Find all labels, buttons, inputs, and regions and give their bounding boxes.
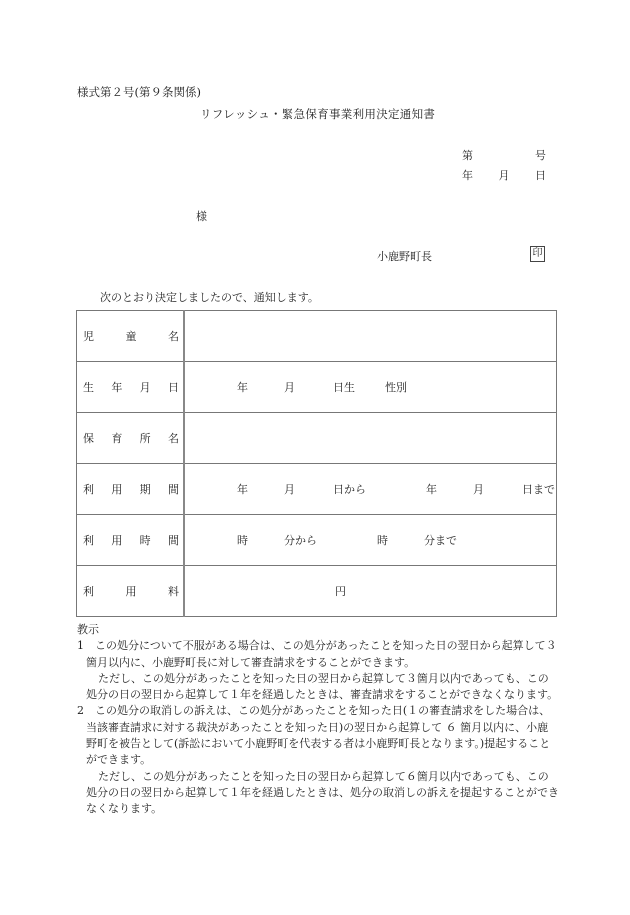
number-prefix: 第 <box>462 147 473 163</box>
table-row: 利用期間年月日から年月日まで <box>77 464 557 515</box>
row-value-field[interactable] <box>184 311 557 362</box>
row-label: 利用料 <box>77 566 185 617</box>
date-day: 日 <box>535 167 546 183</box>
form-number: 様式第２号(第９条関係) <box>77 84 201 100</box>
intro-text: 次のとおり決定しましたので、通知します。 <box>100 289 319 305</box>
addressee-suffix: 様 <box>196 208 207 224</box>
row-label: 児童名 <box>77 311 185 362</box>
document-title: リフレッシュ・緊急保育事業利用決定通知書 <box>200 106 435 122</box>
issuer-name: 小鹿野町長 <box>377 248 432 264</box>
date-month: 月 <box>499 167 510 183</box>
number-suffix: 号 <box>535 147 546 163</box>
decision-table: 児童名生年月日年月日生性別保育所名利用期間年月日から年月日まで利用時間時分から時… <box>76 310 557 617</box>
table-row: 利用料円 <box>77 566 557 617</box>
row-value-field[interactable]: 時分から時分まで <box>184 515 557 566</box>
instruction-proviso-2: ただし、この処分があったことを知った日の翌日から起算して６箇月以内であっても、こ… <box>77 769 559 818</box>
instruction-item-1: 1この処分について不服がある場合は、この処分があったことを知った日の翌日から起算… <box>77 638 559 671</box>
document-number: 第 号 <box>462 147 546 163</box>
row-value-field[interactable]: 円 <box>184 566 557 617</box>
table-row: 児童名 <box>77 311 557 362</box>
instructions-heading: 教示 <box>77 622 559 638</box>
row-label: 利用時間 <box>77 515 185 566</box>
row-value-field[interactable]: 年月日から年月日まで <box>184 464 557 515</box>
row-value-field[interactable]: 年月日生性別 <box>184 362 557 413</box>
table-row: 生年月日年月日生性別 <box>77 362 557 413</box>
instruction-item-2: 2この処分の取消しの訴えは、この処分があったことを知った日(１の審査請求をした場… <box>77 703 559 768</box>
row-value-field[interactable] <box>184 413 557 464</box>
instruction-proviso-1: ただし、この処分があったことを知った日の翌日から起算して３箇月以内であっても、こ… <box>77 671 559 704</box>
instructions-section: 教示 1この処分について不服がある場合は、この処分があったことを知った日の翌日か… <box>77 622 559 818</box>
issue-date: 年 月 日 <box>462 167 546 183</box>
row-label: 利用期間 <box>77 464 185 515</box>
seal-mark: 印 <box>530 246 545 262</box>
date-year: 年 <box>462 167 473 183</box>
table-row: 利用時間時分から時分まで <box>77 515 557 566</box>
row-label: 保育所名 <box>77 413 185 464</box>
table-row: 保育所名 <box>77 413 557 464</box>
row-label: 生年月日 <box>77 362 185 413</box>
